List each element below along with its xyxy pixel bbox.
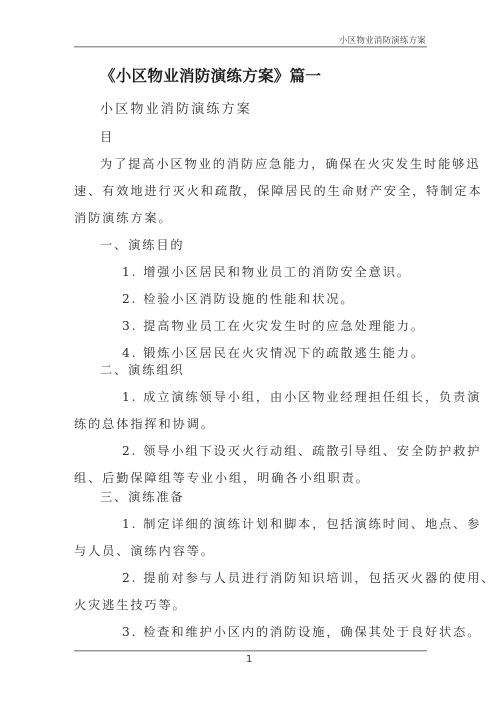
toc-marker: 目 <box>100 128 114 145</box>
page-number: 1 <box>246 654 252 665</box>
section-3-item-2-line-2: 火灾逃生技巧等。 <box>74 596 187 613</box>
document-subtitle: 小区物业消防演练方案 <box>100 98 252 117</box>
section-1-item-1: 1. 增强小区居民和物业员工的消防安全意识。 <box>122 263 411 280</box>
section-3-item-3: 3. 检查和维护小区内的消防设施，确保其处于良好状态。 <box>122 623 481 640</box>
intro-line-3: 消防演练方案。 <box>74 209 173 226</box>
section-heading-2: 二、演练组织 <box>100 361 185 378</box>
section-heading-3: 三、演练准备 <box>100 488 185 505</box>
section-3-item-1-line-2: 与人员、演练内容等。 <box>74 542 215 559</box>
header-divider <box>74 46 427 47</box>
section-1-item-2: 2. 检验小区消防设施的性能和状况。 <box>122 290 355 307</box>
document-title: 《小区物业消防演练方案》篇一 <box>100 64 321 86</box>
section-1-item-3: 3. 提高物业员工在火灾发生时的应急处理能力。 <box>122 317 425 334</box>
running-header: 小区物业消防演练方案 <box>339 34 426 46</box>
intro-line-2: 速、有效地进行灭火和疏散，保障居民的生命财产安全，特制定本 <box>74 182 483 199</box>
section-3-item-2-line-1: 2. 提前对参与人员进行消防知识培训，包括灭火器的使用、 <box>122 569 495 586</box>
section-2-item-2-line-2: 组、后勤保障组等专业小组，明确各小组职责。 <box>74 469 370 486</box>
section-2-item-1-line-1: 1. 成立演练领导小组，由小区物业经理担任组长，负责演 <box>122 388 481 405</box>
section-3-item-1-line-1: 1. 制定详细的演练计划和脚本，包括演练时间、地点、参 <box>122 515 481 532</box>
intro-line-1: 为了提高小区物业的消防应急能力，确保在火灾发生时能够迅 <box>100 155 480 172</box>
section-heading-1: 一、演练目的 <box>100 236 185 253</box>
section-2-item-1-line-2: 练的总体指挥和协调。 <box>74 415 215 432</box>
section-1-item-4: 4. 锻炼小区居民在火灾情况下的疏散逃生能力。 <box>122 344 425 361</box>
section-2-item-2-line-1: 2. 领导小组下设灭火行动组、疏散引导组、安全防护救护 <box>122 442 481 459</box>
footer-divider <box>74 650 427 651</box>
